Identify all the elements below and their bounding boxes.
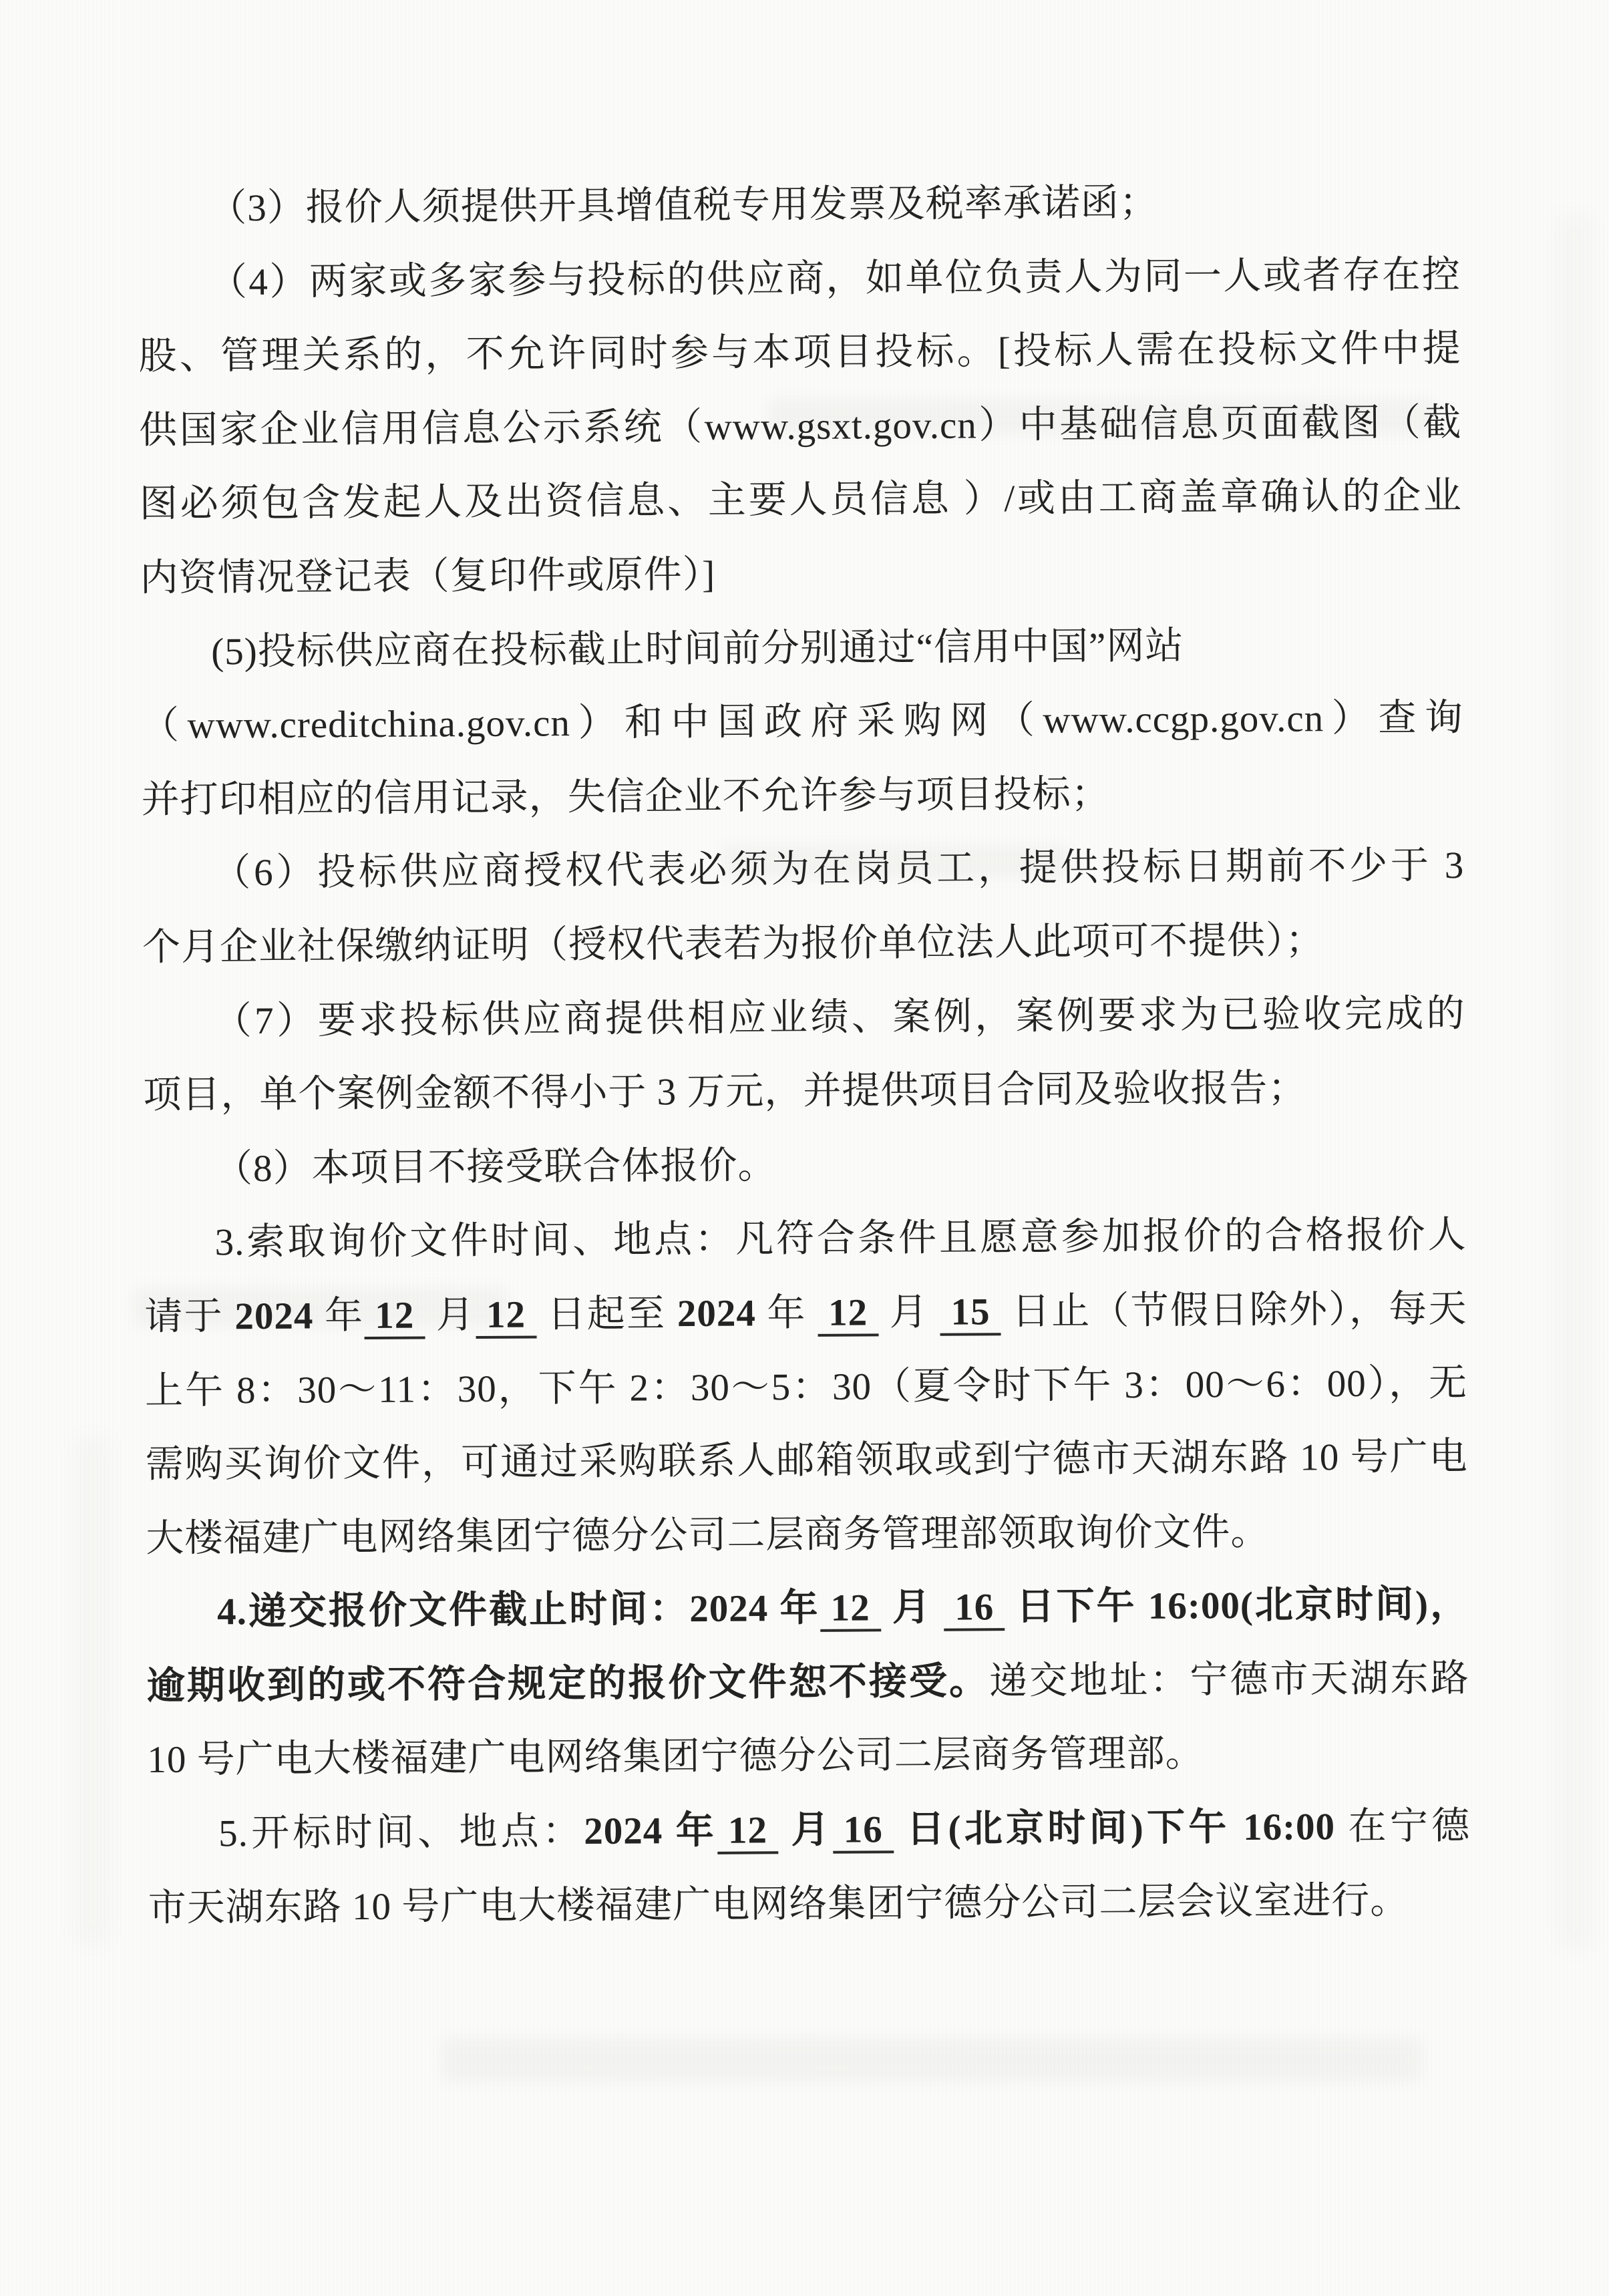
text-segment: （www.creditchina.gov.cn）和中国政府采购网（www.ccg… bbox=[141, 697, 1463, 747]
text-line: 股、管理关系的，不允许同时参与本项目投标。[投标人需在投标文件中提 bbox=[138, 312, 1461, 394]
text-line: (5)投标供应商在投标截止时间前分别通过“信用中国”网站 bbox=[140, 608, 1463, 690]
text-segment: 大楼福建广电网络集团宁德分公司二层商务管理部领取询价文件。 bbox=[146, 1510, 1269, 1559]
text-line: （7）要求投标供应商提供相应业绩、案例，案例要求为已验收完成的 bbox=[142, 977, 1465, 1059]
blank-underline-value: 15 bbox=[940, 1291, 1001, 1336]
text-line: （3）报价人须提供开具增值税专用发票及税率承诺函； bbox=[138, 164, 1461, 247]
blank-underline-value: 12 bbox=[364, 1294, 425, 1339]
text-segment: 月 bbox=[880, 1587, 944, 1629]
text-segment: 需购买询价文件，可通过采购联系人邮箱领取或到宁德市天湖东路 10 号广电 bbox=[146, 1436, 1468, 1486]
text-segment: 2024 bbox=[677, 1292, 756, 1335]
scanned-page: （3）报价人须提供开具增值税专用发票及税率承诺函；（4）两家或多家参与投标的供应… bbox=[0, 0, 1609, 2296]
text-line: 大楼福建广电网络集团宁德分公司二层商务管理部领取询价文件。 bbox=[146, 1494, 1469, 1577]
blank-underline-value: 12 bbox=[820, 1587, 880, 1633]
text-segment: 日下午 16:00(北京时间)， bbox=[1005, 1583, 1469, 1628]
text-segment: 请于 bbox=[144, 1295, 234, 1338]
text-segment: 日起至 bbox=[536, 1293, 677, 1335]
text-line: （8）本项目不接受联合体报价。 bbox=[144, 1125, 1467, 1207]
text-line: 项目，单个案例金额不得小于 3 万元，并提供项目合同及验收报告； bbox=[143, 1051, 1466, 1133]
text-segment: (5)投标供应商在投标截止时间前分别通过“信用中国”网站 bbox=[211, 625, 1184, 673]
document-body: （3）报价人须提供开具增值税专用发票及税率承诺函；（4）两家或多家参与投标的供应… bbox=[138, 164, 1471, 1945]
scan-edge-shadow bbox=[1556, 214, 1593, 1951]
text-segment: 图必须包含发起人及出资信息、主要人员信息 ）/或由工商盖章确认的企业 bbox=[140, 475, 1462, 525]
text-segment: 2024 bbox=[689, 1588, 768, 1631]
text-line: 逾期收到的或不符合规定的报价文件恕不接受。递交地址：宁德市天湖东路 bbox=[146, 1642, 1469, 1724]
blank-underline-value: 12 bbox=[818, 1291, 878, 1337]
text-line: 需购买询价文件，可通过采购联系人邮箱领取或到宁德市天湖东路 10 号广电 bbox=[145, 1420, 1468, 1502]
text-segment: 年 bbox=[313, 1295, 364, 1337]
blank-underline-value: 12 bbox=[717, 1809, 778, 1854]
text-segment: （7）要求投标供应商提供相应业绩、案例，案例要求为已验收完成的 bbox=[213, 992, 1465, 1041]
text-line: 个月企业社保缴纳证明（授权代表若为报价单位法人此项可不提供）； bbox=[142, 903, 1465, 985]
scan-bleed-artifact bbox=[441, 2037, 1423, 2082]
text-segment: 并打印相应的信用记录，失信企业不允许参与项目投标； bbox=[141, 773, 1109, 821]
text-line: 10 号广电大楼福建广电网络集团宁德分公司二层商务管理部。 bbox=[147, 1715, 1470, 1798]
text-segment: 年 bbox=[768, 1587, 820, 1629]
blank-underline-value: 12 bbox=[476, 1293, 536, 1339]
text-line: 4.递交报价文件截止时间：2024 年12 月 16 日下午 16:00(北京时… bbox=[146, 1568, 1469, 1650]
text-segment: 在宁德 bbox=[1348, 1805, 1470, 1848]
text-segment: （4）两家或多家参与投标的供应商，如单位负责人为同一人或者存在控 bbox=[209, 254, 1461, 303]
text-line: 请于 2024 年12 月12 日起至 2024 年 12 月 15 日止（节假… bbox=[144, 1273, 1467, 1355]
text-segment: 日(北京时间)下午 16:00 bbox=[894, 1806, 1349, 1850]
blank-underline-value: 16 bbox=[944, 1586, 1005, 1631]
text-segment: 项目，单个案例金额不得小于 3 万元，并提供项目合同及验收报告； bbox=[143, 1068, 1306, 1117]
text-line: （4）两家或多家参与投标的供应商，如单位负责人为同一人或者存在控 bbox=[138, 238, 1461, 321]
text-segment: 年 bbox=[756, 1292, 818, 1335]
text-segment: 供国家企业信用信息公示系统（www.gsxt.gov.cn）中基础信息页面截图（… bbox=[139, 401, 1461, 452]
text-segment: 月 bbox=[425, 1294, 476, 1336]
text-line: （6）投标供应商授权代表必须为在岗员工，提供投标日期前不少于 3 bbox=[142, 829, 1465, 911]
text-line: 图必须包含发起人及出资信息、主要人员信息 ）/或由工商盖章确认的企业 bbox=[140, 460, 1463, 542]
text-segment: 日止（节假日除外），每天 bbox=[1001, 1288, 1467, 1333]
text-segment: 市天湖东路 10 号广电大楼福建广电网络集团宁德分公司二层会议室进行。 bbox=[148, 1879, 1409, 1929]
text-segment: 上午 8：30～11：30，下午 2：30～5：30（夏令时下午 3：00～6：… bbox=[145, 1361, 1467, 1412]
text-segment: （8）本项目不接受联合体报价。 bbox=[214, 1144, 777, 1190]
text-segment: 4.递交报价文件截止时间： bbox=[217, 1588, 690, 1633]
text-segment: 2024 bbox=[584, 1810, 663, 1852]
text-segment: 逾期收到的或不符合规定的报价文件恕不接受。 bbox=[147, 1660, 990, 1707]
text-line: 上午 8：30～11：30，下午 2：30～5：30（夏令时下午 3：00～6：… bbox=[145, 1346, 1468, 1428]
text-segment: （3）报价人须提供开具增值税专用发票及税率承诺函； bbox=[208, 182, 1158, 230]
text-line: 5.开标时间、地点：2024 年12 月16 日(北京时间)下午 16:00 在… bbox=[148, 1790, 1471, 1872]
text-segment: 月 bbox=[778, 1809, 833, 1851]
text-line: 内资情况登记表（复印件或原件）] bbox=[140, 534, 1463, 616]
text-segment: 内资情况登记表（复印件或原件）] bbox=[140, 554, 715, 599]
scan-edge-shadow bbox=[73, 1436, 110, 1944]
text-segment: 2024 bbox=[234, 1295, 313, 1337]
text-segment: 递交地址：宁德市天湖东路 bbox=[989, 1657, 1469, 1702]
text-segment: 个月企业社保缴纳证明（授权代表若为报价单位法人此项可不提供）； bbox=[142, 919, 1324, 969]
text-segment: 5.开标时间、地点： bbox=[218, 1810, 584, 1854]
text-line: 供国家企业信用信息公示系统（www.gsxt.gov.cn）中基础信息页面截图（… bbox=[139, 386, 1462, 468]
text-line: 市天湖东路 10 号广电大楼福建广电网络集团宁德分公司二层会议室进行。 bbox=[148, 1864, 1471, 1946]
text-segment: 10 号广电大楼福建广电网络集团宁德分公司二层商务管理部。 bbox=[147, 1733, 1204, 1782]
text-segment: 年 bbox=[663, 1810, 717, 1852]
blank-underline-value: 16 bbox=[833, 1808, 894, 1854]
text-segment: 月 bbox=[878, 1291, 940, 1334]
text-segment: 股、管理关系的，不允许同时参与本项目投标。[投标人需在投标文件中提 bbox=[138, 327, 1461, 377]
text-line: 并打印相应的信用记录，失信企业不允许参与项目投标； bbox=[141, 756, 1464, 838]
text-segment: 3.索取询价文件时间、地点：凡符合条件且愿意参加报价的合格报价人 bbox=[215, 1214, 1467, 1263]
text-line: 3.索取询价文件时间、地点：凡符合条件且愿意参加报价的合格报价人 bbox=[144, 1198, 1467, 1281]
text-segment: （6）投标供应商授权代表必须为在岗员工，提供投标日期前不少于 3 bbox=[212, 844, 1464, 894]
text-line: （www.creditchina.gov.cn）和中国政府采购网（www.ccg… bbox=[141, 681, 1464, 764]
